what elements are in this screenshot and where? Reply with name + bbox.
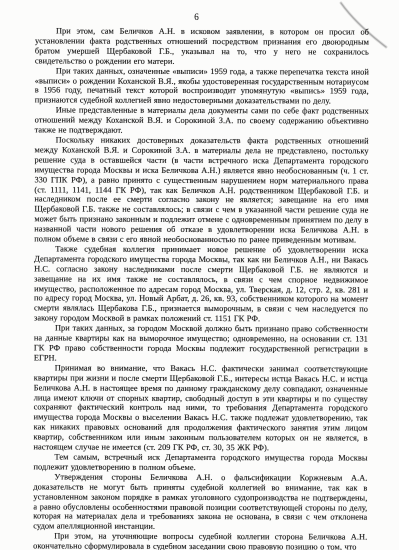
document-body: При этом, сам Беличков А.Н. в исковом за…: [33, 26, 369, 550]
page-number: 6: [0, 12, 393, 22]
paragraph-10: При этом, на уточняющие вопросы судебной…: [33, 532, 367, 550]
paragraph-8: Тем самым, встречный иск Департамента го…: [33, 452, 367, 473]
paragraph-6: При таких данных, за городом Москвой дол…: [34, 324, 368, 365]
paragraph-2: При таких данных, означенные «выписи» 19…: [35, 66, 369, 107]
paragraph-7: Принимая во внимание, что Вакась Н.С. фа…: [34, 363, 368, 453]
paragraph-3: Иные представленные в материалы дела док…: [35, 106, 369, 137]
paragraph-1: При этом, сам Беличков А.Н. в исковом за…: [35, 26, 369, 67]
paragraph-5: Также судебная коллегия принимает новое …: [34, 244, 368, 324]
scanned-document-page: 6 При этом, сам Беличков А.Н. в исковом …: [0, 0, 399, 550]
paragraph-4: Поскольку никаких достоверных доказатель…: [34, 135, 368, 245]
paragraph-9: Утверждения стороны Беличкова А.Н. о фал…: [33, 472, 367, 533]
